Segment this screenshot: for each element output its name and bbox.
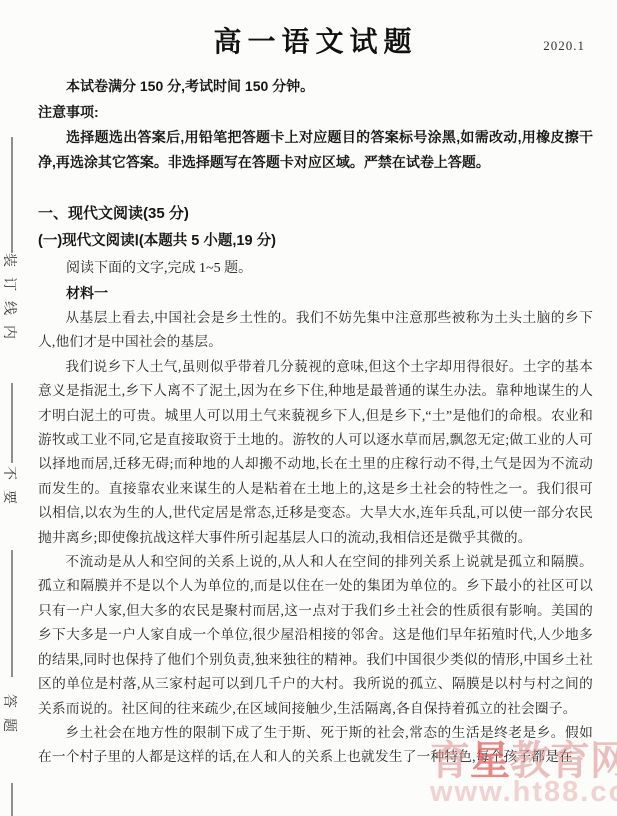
notice-text: 选择题选出答案后,用铅笔把答题卡上对应题目的答案标号涂黑,如需改动,用橡皮擦干净… — [38, 125, 593, 175]
document-content: 高一语文试题 2020.1 本试卷满分 150 分,考试时间 150 分钟。 注… — [0, 0, 617, 770]
reading-instruction: 阅读下面的文字,完成 1~5 题。 — [38, 256, 593, 281]
passage: 从基层上看去,中国社会是乡土性的。我们不妨先集中注意那些被称为土头土脑的乡下人,… — [38, 306, 593, 770]
page-title: 高一语文试题 — [213, 20, 417, 60]
material-label: 材料一 — [38, 281, 593, 306]
watermark-url: www.ht88.com — [430, 776, 617, 809]
seal-line-segment — [11, 783, 13, 816]
section-title: 一、现代文阅读(35 分) — [38, 201, 593, 227]
title-row: 高一语文试题 2020.1 — [38, 20, 593, 64]
notice-label: 注意事项: — [38, 100, 593, 125]
passage-paragraph: 不流动是从人和空间的关系上说的,从人和人在空间的排列关系上说就是孤立和隔膜。孤立… — [38, 550, 593, 721]
exam-summary: 本试卷满分 150 分,考试时间 150 分钟。 — [38, 74, 593, 99]
exam-date: 2020.1 — [543, 38, 585, 54]
passage-paragraph: 乡土社会在地方性的限制下成了生于斯、死于斯的社会,常态的生活是终老是乡。假如在一… — [38, 721, 593, 770]
passage-paragraph: 我们说乡下人土气,虽则似乎带着几分藐视的意味,但这个土字却用得很好。土字的基本意… — [38, 355, 593, 550]
passage-paragraph: 从基层上看去,中国社会是乡土性的。我们不妨先集中注意那些被称为土头土脑的乡下人,… — [38, 306, 593, 355]
exam-page: 装订线内 不要 答题 高一语文试题 2020.1 本试卷满分 150 分,考试时… — [0, 0, 617, 816]
subsection-title: (一)现代文阅读Ⅰ(本题共 5 小题,19 分) — [38, 228, 593, 254]
